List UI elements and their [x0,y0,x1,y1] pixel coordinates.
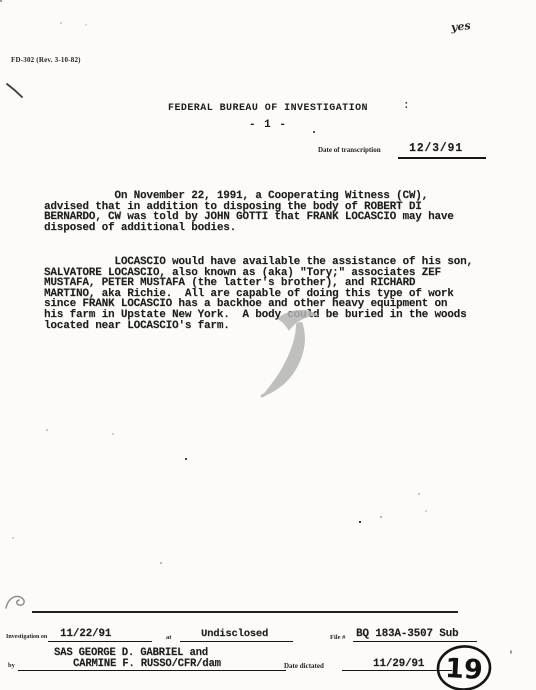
divider-line [32,611,458,613]
date-of-transcription-value: 12/3/91 [409,144,463,155]
underline [353,641,477,642]
form-id-label: FD-302 (Rev. 3-10-82) [11,56,81,64]
file-number-value: BQ 183A-3507 Sub [356,629,458,640]
watermark-swoosh [255,305,340,405]
underline [398,157,486,159]
underline [180,641,293,642]
file-number-label: File # [330,634,345,641]
agents-line-1: SAS GEORGE D. GABRIEL and [54,648,208,659]
date-of-transcription-label: Date of transcription [318,146,381,154]
investigation-date-value: 11/22/91 [60,629,111,640]
at-label: at [166,634,171,641]
scan-artifact-colon: : [403,100,410,112]
page-stamp-number: 19 [444,653,483,686]
page-number: - 1 - [0,119,536,131]
pen-mark [6,83,24,99]
body-paragraph-1: On November 22, 1991, a Cooperating Witn… [44,191,454,233]
fd302-scanned-document: yes FD-302 (Rev. 3-10-82) FEDERAL BUREAU… [0,0,536,690]
underline [48,641,152,642]
date-dictated-value: 11/29/91 [373,659,424,670]
agents-line-2: CARMINE F. RUSSO/CFR/dam [73,659,221,670]
underline [18,670,286,671]
stray-tick-mark: ' [508,651,514,662]
handwritten-note: yes [450,19,471,34]
by-label: by [8,662,15,669]
document-title: FEDERAL BUREAU OF INVESTIGATION [0,103,536,114]
investigation-location-value: Undisclosed [201,629,268,640]
investigation-on-label: Investigation on [6,634,47,640]
circled-page-stamp: 19 [436,645,494,690]
date-dictated-label: Date dictated [284,662,324,670]
